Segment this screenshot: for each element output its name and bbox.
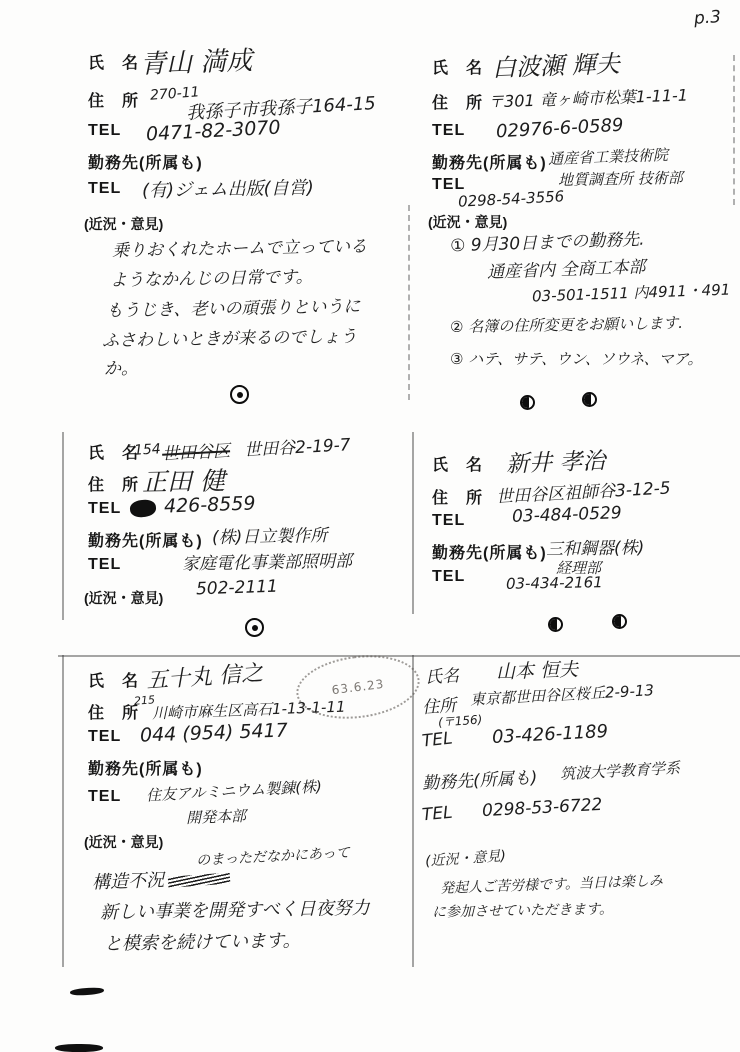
scanned-contact-sheet: p.3 氏 名 青山 満成 住 所 270-11 我孫子市我孫子164-15 T… (0, 0, 740, 1052)
name-value: 青山 満成 (139, 40, 252, 81)
field-label-address: 住 所 (432, 90, 483, 113)
tel2-value: 502-2111 (196, 577, 279, 600)
field-label-work: 勤務先(所属も) (432, 540, 547, 563)
field-label-tel: TEL (432, 512, 465, 530)
card-border-line (62, 655, 64, 967)
work-value: 三和鋼器(株) (546, 533, 645, 560)
field-label-work: 勤務先(所属も) (88, 756, 203, 779)
card-edge-line (408, 205, 410, 400)
name-value: 新井 孝治 (505, 442, 605, 478)
comment-line: 03-501-1511 内4911・491 (532, 279, 731, 307)
name-line-address-text: 世田谷2-19-7 (243, 430, 351, 461)
comment-line: に参加させていただきます。 (432, 898, 613, 921)
comment-line: ようなかんじの日常です。 (110, 262, 313, 291)
field-label-comments: (近況・意見) (84, 588, 163, 608)
field-label-work: 勤務先(所属も) (88, 528, 203, 551)
name-value: 山本 恒夫 (496, 655, 579, 685)
card-border-line (412, 432, 414, 614)
work-dept-value: 家庭電化事業部照明部 (182, 547, 352, 575)
field-label-tel2: TEL (88, 180, 121, 198)
tel2-value: 0298-53-6722 (482, 795, 603, 821)
comment-text: 構造不況 (92, 870, 165, 894)
comment-line: 発起人ご苦労様です。当日は楽しみ (440, 870, 663, 898)
field-label-work: 勤務先(所属も) (421, 763, 537, 794)
field-label-address: 住 所 (88, 88, 139, 111)
scan-edge-artifact (55, 1044, 103, 1052)
comment-line: と模索を続けています。 (104, 926, 301, 955)
tel2-value: 03-434-2161 (506, 573, 603, 593)
field-label-tel2: TEL (88, 788, 121, 806)
card-border-line (412, 655, 414, 967)
registration-mark-icon (230, 385, 249, 404)
comment-line: ② 名簿の住所変更をお願いします. (450, 312, 683, 337)
page-edge-line (733, 55, 735, 205)
field-label-tel2: TEL (432, 568, 465, 586)
field-label-address: 住 所 (88, 472, 139, 495)
work-dept-value: 開発本部 (186, 805, 247, 828)
registration-mark-icon (245, 618, 264, 637)
comment-line: もうじき、老いの頑張りというに (106, 292, 361, 321)
tel-value: 426-8559 (164, 492, 256, 517)
field-label-tel: TEL (421, 728, 454, 751)
field-label-address: 住 所 (432, 485, 483, 508)
field-label-tel2: TEL (432, 176, 465, 194)
field-label-name: 氏 名 (432, 452, 483, 475)
page-number: p.3 (693, 7, 721, 29)
address-value: 世田谷区祖師谷3-12-5 (495, 473, 671, 507)
comment-line: 乗りおくれたホームで立っている (112, 232, 367, 261)
tel-value: 03-426-1189 (492, 721, 609, 748)
punch-mark-icon (582, 392, 597, 407)
tel-value: 044 (954) 5417 (140, 719, 288, 746)
address-value: 〒301 竜ヶ崎市松葉1-11-1 (488, 83, 689, 113)
field-label-work: 勤務先(所属も) (88, 150, 203, 173)
punch-mark-icon (612, 614, 627, 629)
comment-line: ① 9月30日までの勤務先. (450, 225, 645, 257)
field-label-tel: TEL (88, 728, 121, 746)
address-value: 川崎市麻生区高石1-13-1-11 (152, 696, 346, 724)
name-value: 白波瀬 輝夫 (491, 44, 620, 83)
punch-mark-icon (548, 617, 563, 632)
field-label-tel: TEL (88, 500, 121, 518)
field-label-comments: (近況・意見) (84, 832, 163, 852)
card-border-line (62, 432, 64, 620)
field-label-tel2: TEL (88, 556, 121, 574)
work-dept-value: 地質調査所 技術部 (558, 167, 683, 190)
punch-mark-icon (520, 395, 535, 410)
ink-blot (129, 499, 157, 519)
date-stamp-text: 63.6.23 (331, 677, 385, 697)
field-label-address: 住 所 (88, 700, 139, 723)
ink-smudge (70, 987, 104, 996)
tel2-value: 0298-54-3556 (458, 187, 565, 211)
comment-line: ふさわしいときが来るのでしょう (102, 322, 357, 351)
comment-line: か。 (104, 354, 138, 379)
card-border-line (58, 655, 740, 657)
comment-line: 新しい事業を開発すべく日夜努力 (100, 894, 370, 925)
field-label-comments: (近況・意見) (84, 214, 163, 234)
work-company-value: 住友アルミニウム製錬(株) (146, 775, 323, 805)
field-label-tel2: TEL (421, 803, 453, 826)
comment-line: ③ ハテ、サテ、ウン、ソウネ、マア。 (450, 348, 702, 369)
field-label-tel: TEL (432, 122, 465, 140)
field-label-work: 勤務先(所属も) (432, 150, 547, 173)
field-label-name: 氏 名 (88, 440, 139, 463)
work-value: 通産省工業技術院 (548, 144, 669, 169)
tel-value: 03-484-0529 (512, 503, 622, 527)
comment-line: 通産省内 全商工本部 (487, 252, 646, 283)
field-label-tel: TEL (88, 122, 121, 140)
name-value: 五十丸 信之 (145, 656, 264, 695)
tel-value: 02976-6-0589 (496, 115, 624, 143)
field-label-name: 氏 名 (88, 50, 139, 73)
field-label-comments: (近況・意見) (424, 845, 506, 871)
work-value: 筑波大学教育学系 (560, 757, 681, 784)
comment-line: 構造不況 (92, 864, 231, 895)
name-line-zip: 154 (134, 441, 162, 458)
tel-value: 0471-82-3070 (146, 116, 282, 145)
field-label-name: 氏名 (424, 661, 459, 688)
field-label-name: 氏 名 (432, 55, 483, 78)
address-zip: (〒156) (437, 710, 482, 730)
field-label-name: 氏 名 (88, 668, 139, 691)
scribbled-out-text (168, 872, 231, 887)
work-company-value: (有)ジェム出版(自営) (142, 174, 314, 203)
work-value: (株)日立製作所 (212, 521, 328, 548)
